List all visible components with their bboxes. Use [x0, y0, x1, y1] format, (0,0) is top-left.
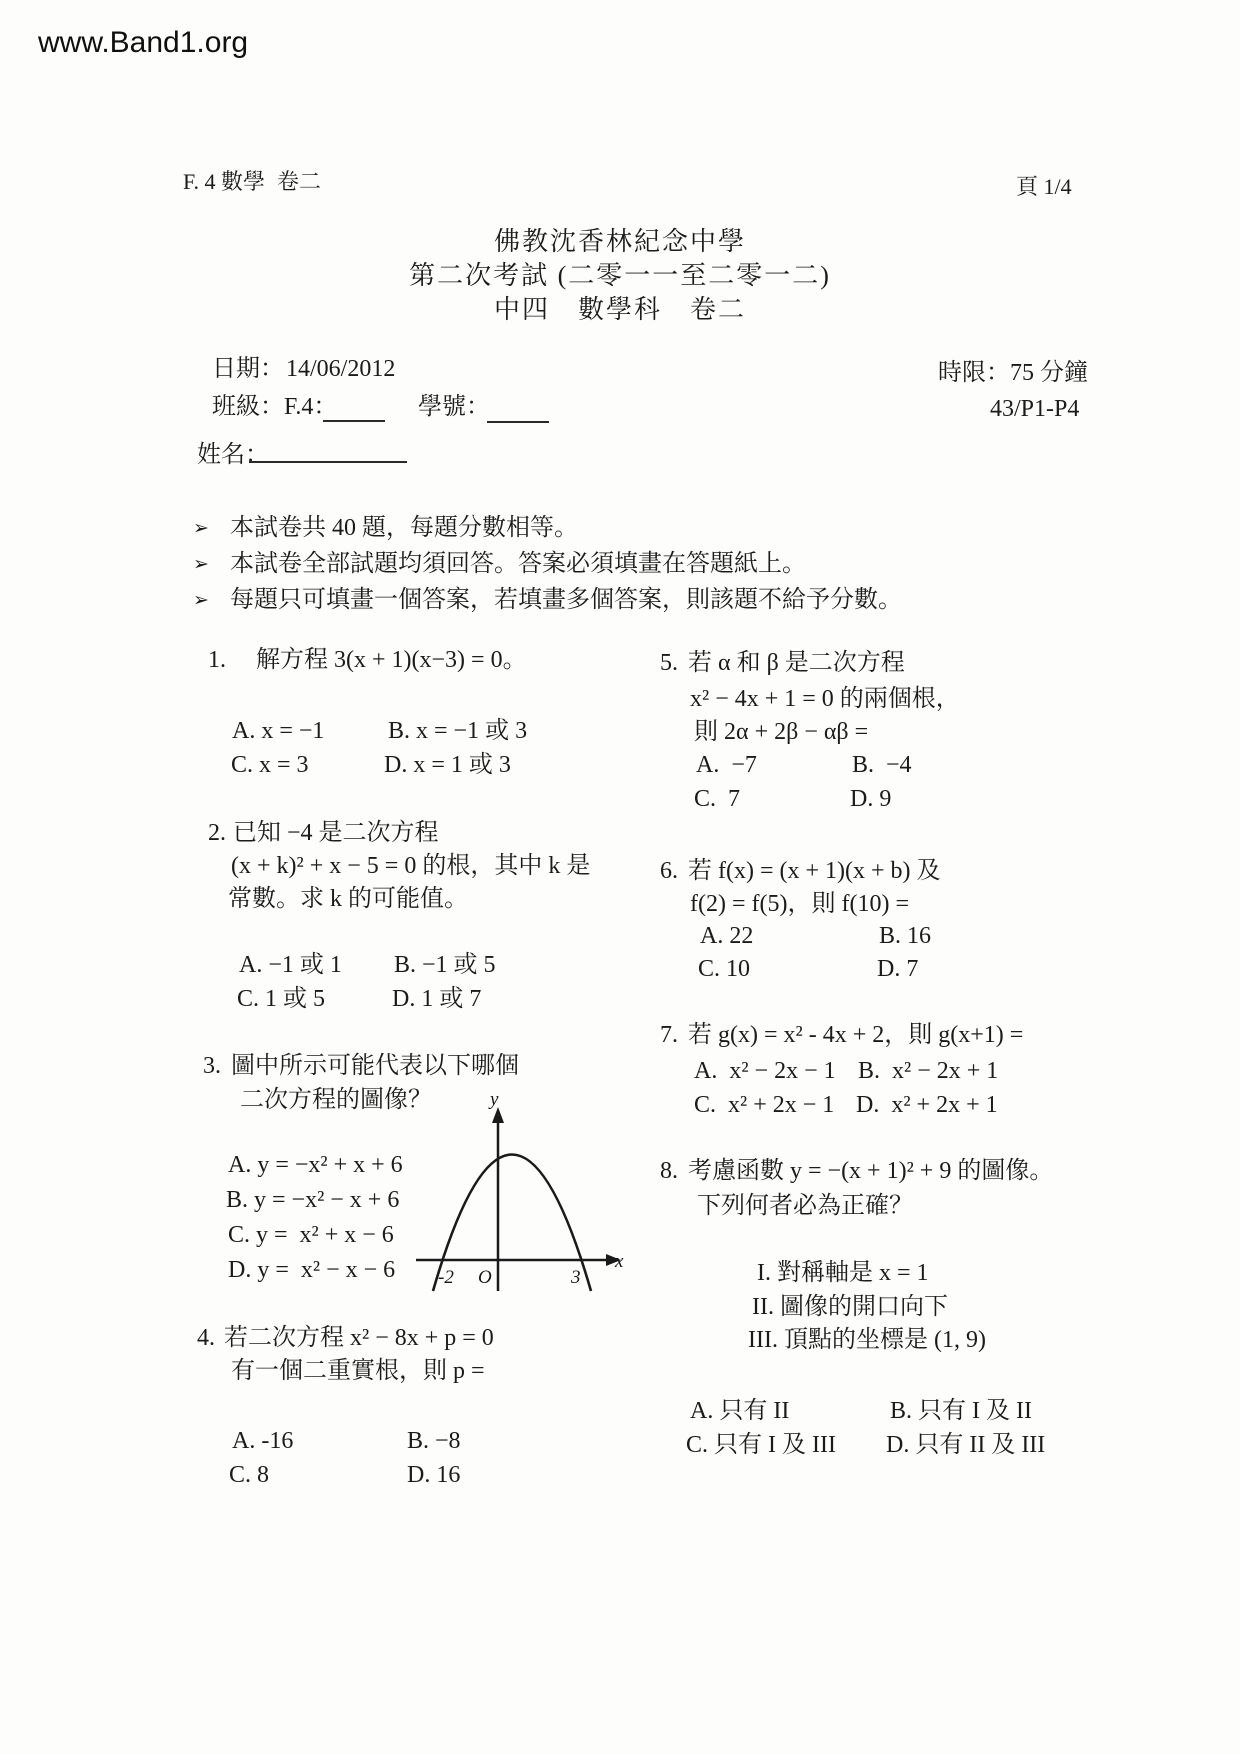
q8-stem-line2: 下列何者必為正確？	[697, 1191, 913, 1221]
q2-option-c: C. 1 或 5	[237, 984, 325, 1014]
origin-label: O	[478, 1267, 492, 1288]
q7-option-b: B. x² − 2x + 1	[858, 1056, 998, 1086]
q8-statement-3: III. 頂點的坐標是 (1, 9)	[748, 1325, 986, 1355]
class-field-underline	[323, 420, 385, 422]
q3-number: 3.	[203, 1051, 221, 1081]
q6-stem-line1: 若 f(x) = (x + 1)(x + b) 及	[688, 856, 941, 886]
y-axis-label: y	[488, 1093, 499, 1110]
q5-stem-line2: x² − 4x + 1 = 0 的兩個根，	[690, 684, 960, 714]
q3-option-b: B. y = −x² − x + 6	[226, 1185, 399, 1215]
scanned-exam-page: www.Band1.org F. 4 數學 卷二 頁 1/4 佛教沈香林紀念中學…	[0, 0, 1240, 1754]
date-value: 14/06/2012	[286, 354, 395, 384]
subject-paper-line: 中四 數學科 卷二	[0, 289, 1240, 326]
q8-statement-2: II. 圖像的開口向下	[752, 1292, 948, 1322]
q6-stem-line2: f(2) = f(5)，則 f(10) =	[690, 889, 909, 919]
q6-option-c: C. 10	[698, 954, 750, 984]
q2-option-b: B. −1 或 5	[394, 950, 496, 980]
q1-option-c: C. x = 3	[231, 750, 309, 780]
q4-stem-line2: 有一個二重實根，則 p =	[231, 1356, 485, 1386]
q4-option-c: C. 8	[229, 1460, 269, 1490]
instruction-bullet-icon: ➢	[193, 517, 209, 539]
x-intercept-right-label: 3	[570, 1267, 581, 1288]
q5-option-b: B. −4	[852, 750, 912, 780]
header-paper: 卷二	[277, 165, 321, 196]
q2-stem-line3: 常數。求 k 的可能值。	[228, 884, 468, 914]
q2-stem-line2: (x + k)² + x − 5 = 0 的根，其中 k 是	[231, 851, 590, 881]
page-number: 頁 1/4	[1016, 170, 1072, 201]
q1-option-b: B. x = −1 或 3	[388, 716, 527, 746]
q7-number: 7.	[660, 1020, 678, 1050]
q6-option-b: B. 16	[879, 921, 931, 951]
instruction-item: 本試卷共 40 題，每題分數相等。	[230, 513, 578, 543]
q7-option-d: D. x² + 2x + 1	[856, 1090, 998, 1120]
time-limit: 時限：75 分鐘	[938, 358, 1088, 388]
q6-option-a: A. 22	[700, 921, 753, 951]
class-label: 班級：F.4：	[212, 392, 337, 422]
q3-option-a: A. y = −x² + x + 6	[228, 1150, 403, 1180]
q5-option-a: A. −7	[696, 750, 757, 780]
q7-option-a: A. x² − 2x − 1	[694, 1056, 836, 1086]
q7-option-c: C. x² + 2x − 1	[694, 1090, 834, 1120]
watermark: www.Band1.org	[38, 26, 248, 60]
q2-option-a: A. −1 或 1	[239, 950, 342, 980]
instruction-item: 每題只可填畫一個答案，若填畫多個答案，則該題不給予分數。	[230, 585, 902, 615]
q8-statement-1: I. 對稱軸是 x = 1	[757, 1258, 929, 1288]
school-name: 佛教沈香林紀念中學	[0, 221, 1240, 258]
q3-option-d: D. y = x² − x − 6	[228, 1255, 395, 1285]
exam-session-title: 第二次考試 (二零一一至二零一二)	[0, 255, 1240, 292]
q5-stem-line3: 則 2α + 2β − αβ =	[694, 717, 868, 747]
q8-number: 8.	[660, 1156, 678, 1186]
q5-stem-line1: 若 α 和 β 是二次方程	[688, 648, 905, 678]
q4-option-b: B. −8	[407, 1426, 461, 1456]
q3-parabola-figure: y x O -2 3	[408, 1093, 633, 1298]
instruction-bullet-icon: ➢	[193, 553, 209, 575]
q3-option-c: C. y = x² + x − 6	[228, 1220, 394, 1250]
paper-code: 43/P1-P4	[990, 394, 1079, 424]
student-no-label: 學號：	[418, 392, 490, 422]
name-underline	[249, 461, 407, 463]
q5-option-d: D. 9	[850, 784, 891, 814]
q3-stem-line1: 圖中所示可能代表以下哪個	[231, 1051, 519, 1081]
q1-option-d: D. x = 1 或 3	[384, 750, 511, 780]
name-label: 姓名：	[197, 440, 269, 470]
instruction-item: 本試卷全部試題均須回答。答案必須填畫在答題紙上。	[230, 549, 806, 579]
q1-stem: 解方程 3(x + 1)(x−3) = 0。	[256, 645, 527, 675]
q4-stem-line1: 若二次方程 x² − 8x + p = 0	[224, 1323, 494, 1353]
q8-stem-line1: 考慮函數 y = −(x + 1)² + 9 的圖像。	[688, 1156, 1053, 1186]
q8-option-b: B. 只有 I 及 II	[890, 1396, 1032, 1426]
x-intercept-left-label: -2	[438, 1267, 454, 1288]
q6-option-d: D. 7	[877, 954, 918, 984]
header-course: F. 4 數學	[183, 165, 265, 196]
q4-option-d: D. 16	[407, 1460, 460, 1490]
q8-option-a: A. 只有 II	[690, 1396, 789, 1426]
q5-number: 5.	[660, 648, 678, 678]
q3-stem-line2: 二次方程的圖像？	[240, 1085, 432, 1115]
q8-option-c: C. 只有 I 及 III	[686, 1430, 836, 1460]
q2-number: 2.	[208, 818, 226, 848]
q4-number: 4.	[197, 1323, 215, 1353]
q1-number: 1.	[208, 645, 226, 675]
parabola-curve	[433, 1155, 591, 1292]
date-label: 日期：	[212, 354, 284, 384]
q2-stem-line1: 已知 −4 是二次方程	[233, 818, 439, 848]
q5-option-c: C. 7	[694, 784, 740, 814]
instruction-bullet-icon: ➢	[193, 589, 209, 611]
q8-option-d: D. 只有 II 及 III	[886, 1430, 1045, 1460]
q7-stem-line1: 若 g(x) = x² - 4x + 2，則 g(x+1) =	[688, 1020, 1023, 1050]
student-no-underline	[487, 421, 549, 423]
q4-option-a: A. -16	[232, 1426, 293, 1456]
x-axis-label: x	[614, 1251, 624, 1272]
q1-option-a: A. x = −1	[232, 716, 324, 746]
q6-number: 6.	[660, 856, 678, 886]
q2-option-d: D. 1 或 7	[392, 984, 481, 1014]
